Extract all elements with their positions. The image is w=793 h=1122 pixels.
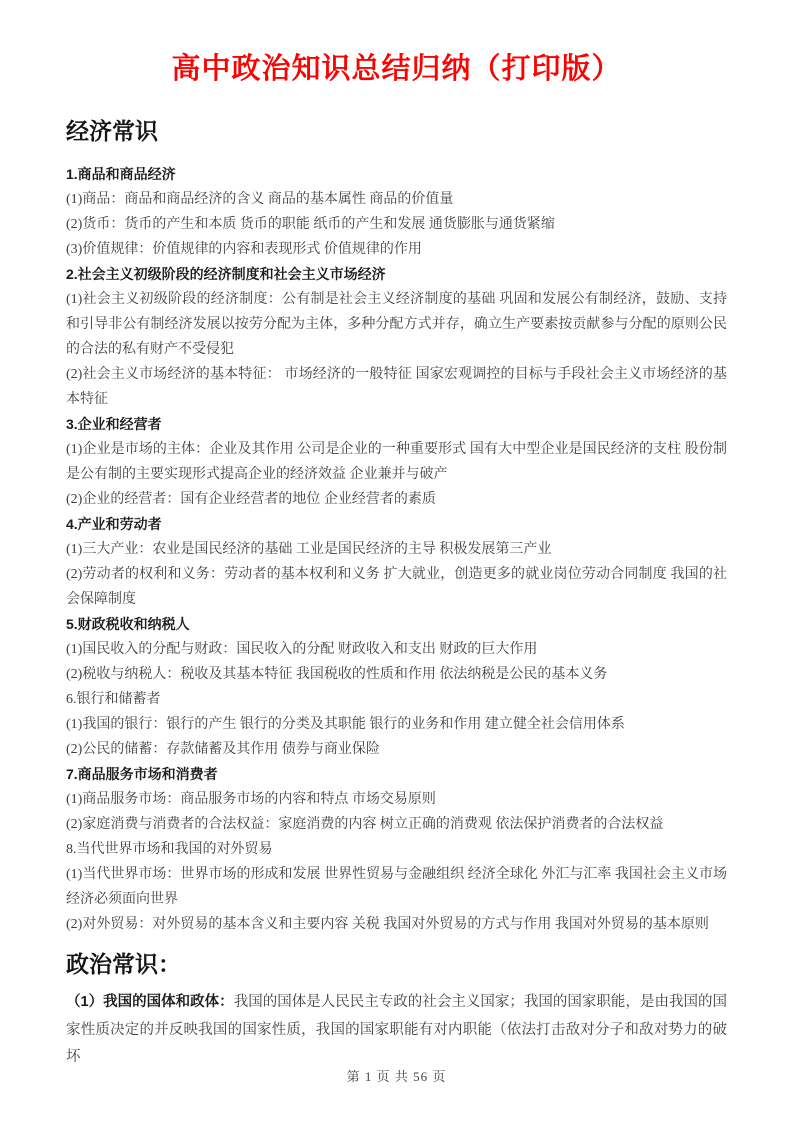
document-page: 高中政治知识总结归纳（打印版） 经济常识 1.商品和商品经济 (1)商品：商品和… — [0, 0, 793, 1122]
economics-outline: 1.商品和商品经济 (1)商品：商品和商品经济的含义 商品的基本属性 商品的价值… — [66, 162, 727, 937]
outline-item-8-title: 8.当代世界市场和我国的对外贸易 — [66, 837, 727, 862]
outline-item-1-point-1: (1)商品：商品和商品经济的含义 商品的基本属性 商品的价值量 — [66, 187, 727, 212]
outline-item-8-point-2: (2)对外贸易：对外贸易的基本含义和主要内容 关税 我国对外贸易的方式与作用 我… — [66, 912, 727, 937]
outline-item-4: 4.产业和劳动者 (1)三大产业：农业是国民经济的基础 工业是国民经济的主导 积… — [66, 512, 727, 612]
outline-item-7-point-1: (1)商品服务市场：商品服务市场的内容和特点 市场交易原则 — [66, 787, 727, 812]
outline-item-3-title: 3.企业和经营者 — [66, 412, 727, 437]
page-number-footer: 第 1 页 共 56 页 — [0, 1066, 793, 1085]
outline-item-5-title: 5.财政税收和纳税人 — [66, 612, 727, 637]
outline-item-1-point-2: (2)货币：货币的产生和本质 货币的职能 纸币的产生和发展 通货膨胀与通货紧缩 — [66, 212, 727, 237]
outline-item-4-point-2: (2)劳动者的权利和义务：劳动者的基本权利和义务 扩大就业，创造更多的就业岗位劳… — [66, 562, 727, 612]
politics-paragraph-lead: （1）我国的国体和政体： — [66, 994, 234, 1010]
outline-item-8: 8.当代世界市场和我国的对外贸易 (1)当代世界市场：世界市场的形成和发展 世界… — [66, 837, 727, 937]
outline-item-7-point-2: (2)家庭消费与消费者的合法权益：家庭消费的内容 树立正确的消费观 依法保护消费… — [66, 812, 727, 837]
outline-item-2: 2.社会主义初级阶段的经济制度和社会主义市场经济 (1)社会主义初级阶段的经济制… — [66, 262, 727, 412]
outline-item-2-title: 2.社会主义初级阶段的经济制度和社会主义市场经济 — [66, 262, 727, 287]
outline-item-6-title: 6.银行和储蓄者 — [66, 687, 727, 712]
outline-item-4-point-1: (1)三大产业：农业是国民经济的基础 工业是国民经济的主导 积极发展第三产业 — [66, 537, 727, 562]
outline-item-6-point-2: (2)公民的储蓄：存款储蓄及其作用 债券与商业保险 — [66, 737, 727, 762]
outline-item-2-point-2: (2)社会主义市场经济的基本特征： 市场经济的一般特征 国家宏观调控的目标与手段… — [66, 362, 727, 412]
outline-item-7-title: 7.商品服务市场和消费者 — [66, 762, 727, 787]
politics-paragraph: （1）我国的国体和政体：我国的国体是人民民主专政的社会主义国家；我国的国家职能，… — [66, 989, 727, 1072]
outline-item-3-point-1: (1)企业是市场的主体：企业及其作用 公司是企业的一种重要形式 国有大中型企业是… — [66, 437, 727, 487]
outline-item-5: 5.财政税收和纳税人 (1)国民收入的分配与财政：国民收入的分配 财政收入和支出… — [66, 612, 727, 687]
outline-item-1: 1.商品和商品经济 (1)商品：商品和商品经济的含义 商品的基本属性 商品的价值… — [66, 162, 727, 262]
outline-item-5-point-2: (2)税收与纳税人：税收及其基本特征 我国税收的性质和作用 依法纳税是公民的基本… — [66, 662, 727, 687]
economics-section-heading: 经济常识 — [66, 118, 727, 146]
outline-item-1-title: 1.商品和商品经济 — [66, 162, 727, 187]
outline-item-6: 6.银行和储蓄者 (1)我国的银行：银行的产生 银行的分类及其职能 银行的业务和… — [66, 687, 727, 762]
outline-item-2-point-1: (1)社会主义初级阶段的经济制度：公有制是社会主义经济制度的基础 巩固和发展公有… — [66, 287, 727, 362]
outline-item-4-title: 4.产业和劳动者 — [66, 512, 727, 537]
outline-item-6-point-1: (1)我国的银行：银行的产生 银行的分类及其职能 银行的业务和作用 建立健全社会… — [66, 712, 727, 737]
politics-section-heading: 政治常识： — [66, 951, 727, 979]
outline-item-8-point-1: (1)当代世界市场：世界市场的形成和发展 世界性贸易与金融组织 经济全球化 外汇… — [66, 862, 727, 912]
outline-item-3: 3.企业和经营者 (1)企业是市场的主体：企业及其作用 公司是企业的一种重要形式… — [66, 412, 727, 512]
outline-item-5-point-1: (1)国民收入的分配与财政：国民收入的分配 财政收入和支出 财政的巨大作用 — [66, 637, 727, 662]
document-title: 高中政治知识总结归纳（打印版） — [66, 0, 727, 86]
outline-item-7: 7.商品服务市场和消费者 (1)商品服务市场：商品服务市场的内容和特点 市场交易… — [66, 762, 727, 837]
outline-item-1-point-3: (3)价值规律：价值规律的内容和表现形式 价值规律的作用 — [66, 237, 727, 262]
outline-item-3-point-2: (2)企业的经营者：国有企业经营者的地位 企业经营者的素质 — [66, 487, 727, 512]
